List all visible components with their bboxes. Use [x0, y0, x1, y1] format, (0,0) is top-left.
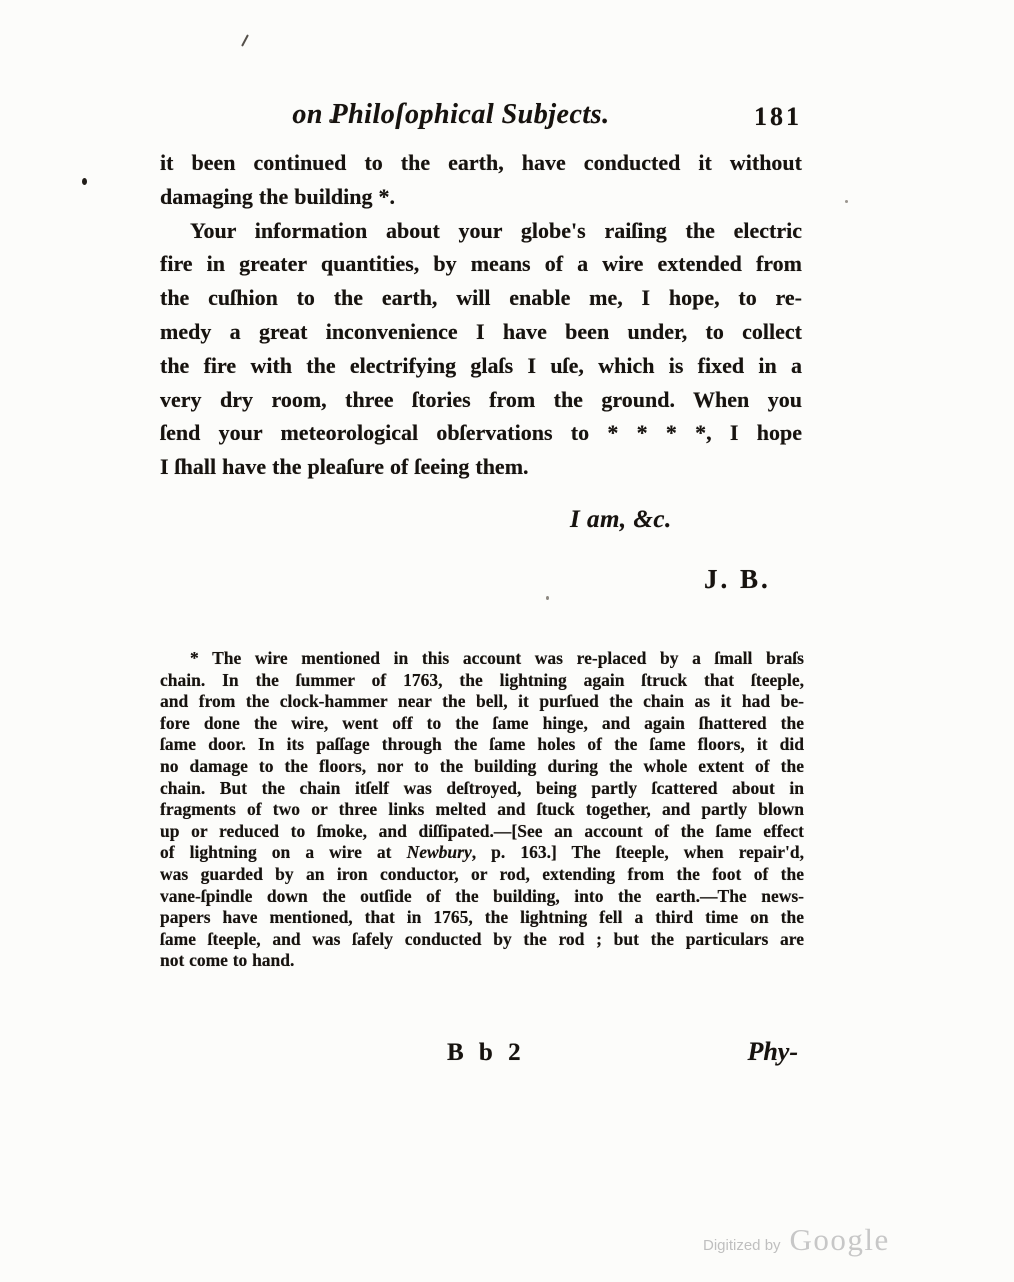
text-line: I ſhall have the pleaſure of ſeeing them… [160, 450, 802, 484]
paragraph-information: Your information about your globe's raiſ… [160, 214, 802, 484]
text-segment: of lightning on a wire at [160, 842, 407, 862]
running-title: on Philoſophical Subjects. [160, 99, 802, 131]
paragraph-continued: it been continued to the earth, have con… [160, 146, 802, 214]
letter-signature: J. B. [704, 564, 771, 595]
footnote: * The wire mentioned in this account was… [160, 648, 804, 972]
text-line: fore done the wire, went off to the ſame… [160, 713, 804, 735]
text-line: ſend your meteorological obſervations to… [160, 416, 802, 450]
text-line: fragments of two or three links melted a… [160, 799, 804, 821]
text-line: papers have mentioned, that in 1765, the… [160, 907, 804, 929]
text-line: vane-ſpindle down the outſide of the bui… [160, 886, 804, 908]
scan-speck [241, 34, 249, 46]
text-line: chain. In the ſummer of 1763, the lightn… [160, 670, 804, 692]
text-line: chain. But the chain itſelf was deſtroye… [160, 778, 804, 800]
text-line: medy a great inconvenience I have been u… [160, 315, 802, 349]
text-line: fire in greater quantities, by means of … [160, 247, 802, 281]
italic-word: Newbury [407, 842, 472, 862]
text-line: and from the clock-hammer near the bell,… [160, 691, 804, 713]
page-number: 181 [754, 102, 802, 132]
letter-body: it been continued to the earth, have con… [160, 146, 802, 484]
text-line: Your information about your globe's raiſ… [160, 214, 802, 248]
watermark-prefix: Digitized by [703, 1237, 781, 1254]
text-line: ſame door. In its paſſage through the ſa… [160, 734, 804, 756]
scan-speck [546, 596, 549, 600]
text-line: ſame ſteeple, and was ſafely conducted b… [160, 929, 804, 951]
text-line: not come to hand. [160, 950, 804, 972]
letter-closing: I am, &c. [570, 506, 672, 534]
text-line: of lightning on a wire at Newbury, p. 16… [160, 842, 804, 864]
text-segment: , p. 163.] The ſteeple, when repair'd, [472, 842, 804, 862]
text-line: very dry room, three ſtories from the gr… [160, 383, 802, 417]
scan-speck [845, 200, 848, 203]
scan-speck [82, 178, 87, 185]
gathering-signature-mark: B b 2 [447, 1039, 521, 1067]
scanned-book-page: on Philoſophical Subjects. 181 it been c… [0, 0, 1014, 1282]
text-line: * The wire mentioned in this account was… [160, 648, 804, 670]
text-line: damaging the building *. [160, 180, 802, 214]
text-line: up or reduced to ſmoke, and diſſipated.—… [160, 821, 804, 843]
text-line: no damage to the floors, nor to the buil… [160, 756, 804, 778]
text-line: it been continued to the earth, have con… [160, 146, 802, 180]
digitization-watermark: Digitized by Google [703, 1222, 890, 1258]
text-line: was guarded by an iron conductor, or rod… [160, 864, 804, 886]
running-head: on Philoſophical Subjects. 181 [160, 99, 802, 131]
text-line: the cuſhion to the earth, will enable me… [160, 281, 802, 315]
google-logo: Google [790, 1222, 890, 1258]
catchword: Phy- [747, 1037, 798, 1067]
text-line: the fire with the electrifying glaſs I u… [160, 349, 802, 383]
